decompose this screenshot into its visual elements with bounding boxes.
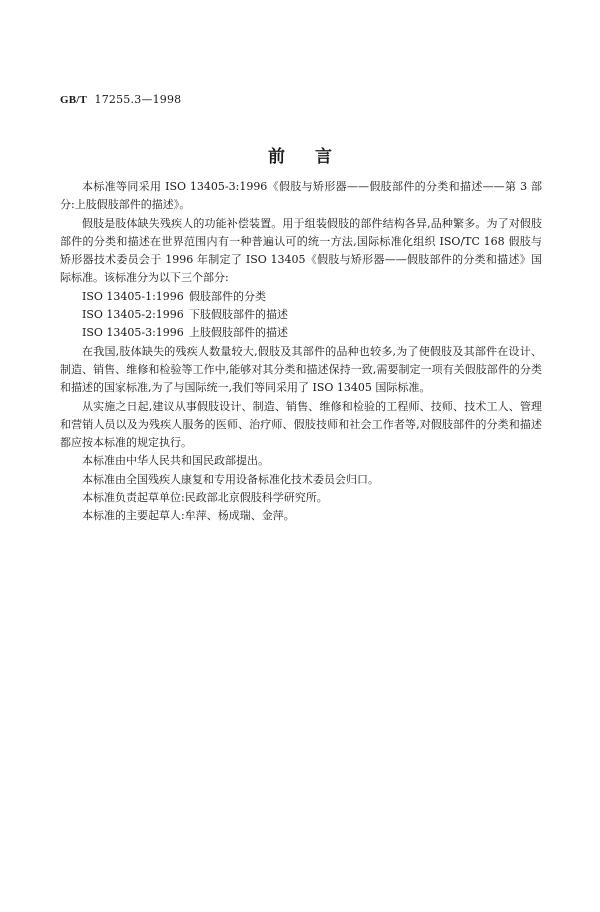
list-item: ISO 13405-3:1996 上肢假肢部件的描述 xyxy=(60,324,542,342)
paragraph-committee: 本标准由全国残疾人康复和专用设备标准化技术委员会归口。 xyxy=(60,471,542,489)
paragraph-background: 假肢是肢体缺失残疾人的功能补偿装置。用于组装假肢的部件结构各异,品种繁多。为了对… xyxy=(60,215,542,288)
paragraph-implementation: 从实施之日起,建议从事假肢设计、制造、销售、维修和检验的工程师、技师、技术工人、… xyxy=(60,398,542,453)
page-title: 前言 xyxy=(0,142,600,167)
standard-code: GB/T 17255.3—1998 xyxy=(60,93,181,106)
paragraph-domestic-need: 在我国,肢体缺失的残疾人数量较大,假肢及其部件的品种也较多,为了使假肢及其部件在… xyxy=(60,343,542,398)
paragraph-drafting-unit: 本标准负责起草单位:民政部北京假肢科学研究所。 xyxy=(60,489,542,507)
part-code: ISO 13405-3:1996 xyxy=(82,324,182,342)
paragraph-proposer: 本标准由中华人民共和国民政部提出。 xyxy=(60,452,542,470)
paragraph-drafters: 本标准的主要起草人:牟萍、杨成瑞、金萍。 xyxy=(60,507,542,525)
part-code: ISO 13405-2:1996 xyxy=(82,306,182,324)
part-title: 上肢假肢部件的描述 xyxy=(189,326,288,339)
standard-prefix: GB/T xyxy=(60,94,87,106)
part-title: 下肢假肢部件的描述 xyxy=(189,308,288,321)
list-item: ISO 13405-2:1996 下肢假肢部件的描述 xyxy=(60,306,542,324)
standard-number: 17255.3—1998 xyxy=(95,93,182,106)
part-code: ISO 13405-1:1996 xyxy=(82,288,182,306)
part-title: 假肢部件的分类 xyxy=(189,290,266,303)
document-body: 本标准等同采用 ISO 13405-3:1996《假肢与矫形器——假肢部件的分类… xyxy=(60,178,542,526)
list-item: ISO 13405-1:1996 假肢部件的分类 xyxy=(60,288,542,306)
paragraph-adoption: 本标准等同采用 ISO 13405-3:1996《假肢与矫形器——假肢部件的分类… xyxy=(60,178,542,215)
